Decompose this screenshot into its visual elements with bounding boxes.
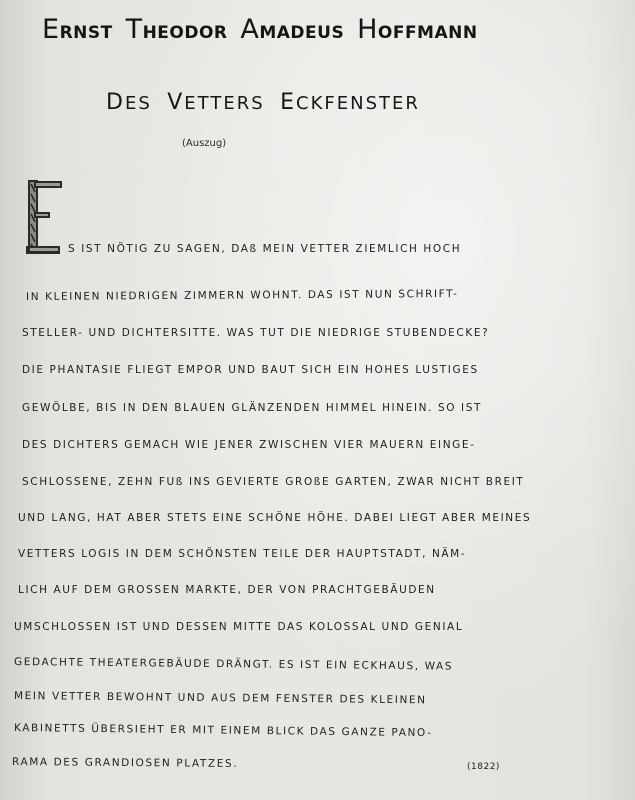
- author-initial: E: [42, 14, 60, 45]
- date-annotation: (1822): [467, 762, 500, 772]
- author-word-rest: MADEUS: [259, 23, 344, 43]
- body-line: IN KLEINEN NIEDRIGEN ZIMMERN WOHNT. DAS …: [26, 288, 459, 303]
- author-word-rest: OFFMANN: [378, 23, 478, 43]
- author-word: THEODOR: [126, 23, 228, 43]
- author-word-rest: RNST: [60, 23, 113, 43]
- body-line: S IST NÖTIG ZU SAGEN, DAß MEIN VETTER ZI…: [68, 243, 461, 255]
- title-initial: D: [106, 90, 125, 115]
- subtitle: (Auszug): [182, 138, 226, 149]
- author-initial: A: [240, 14, 259, 45]
- body-line: DIE PHANTASIE FLIEGT EMPOR UND BAUT SICH…: [22, 364, 479, 376]
- body-line: SCHLOSSENE, ZEHN FUß INS GEVIERTE GROßE …: [22, 476, 524, 488]
- body-line: RAMA DES GRANDIOSEN PLATZES.: [12, 756, 238, 770]
- body-line: GEWÖLBE, BIS IN DEN BLAUEN GLÄNZENDEN HI…: [22, 402, 482, 414]
- manuscript-page: ERNST THEODOR AMADEUS HOFFMANN DES VETTE…: [0, 0, 635, 800]
- author-word: AMADEUS: [240, 23, 344, 43]
- body-line: GEDACHTE THEATERGEBÄUDE DRÄNGT. ES IST E…: [14, 656, 453, 673]
- body-line: VETTERS LOGIS IN DEM SCHÖNSTEN TEILE DER…: [18, 548, 466, 560]
- body-line: UMSCHLOSSEN IST UND DESSEN MITTE DAS KOL…: [14, 621, 463, 633]
- document-title: DES VETTERS ECKFENSTER: [106, 90, 420, 115]
- body-line: KABINETTS ÜBERSIEHT ER MIT EINEM BLICK D…: [14, 722, 433, 739]
- author-heading: ERNST THEODOR AMADEUS HOFFMANN: [42, 14, 478, 45]
- body-line: UND LANG, HAT ABER STETS EINE SCHÖNE HÖH…: [18, 512, 531, 524]
- body-line: DES DICHTERS GEMACH WIE JENER ZWISCHEN V…: [22, 439, 476, 451]
- title-initial: V: [167, 90, 184, 115]
- body-line: LICH AUF DEM GROSSEN MARKTE, DER VON PRA…: [18, 584, 436, 596]
- decorated-initial-e-icon: [24, 178, 66, 256]
- body-line: STELLER- UND DICHTERSITTE. WAS TUT DIE N…: [22, 327, 489, 339]
- title-word-rest: ES: [125, 93, 152, 114]
- author-word: ERNST: [42, 23, 113, 43]
- author-initial: H: [357, 14, 378, 45]
- title-word-rest: CKFENSTER: [296, 93, 420, 114]
- body-line: MEIN VETTER BEWOHNT UND AUS DEM FENSTER …: [14, 690, 427, 706]
- author-initial: T: [126, 14, 143, 45]
- author-word: HOFFMANN: [357, 23, 478, 43]
- title-initial: E: [280, 90, 296, 115]
- author-word-rest: HEODOR: [143, 23, 228, 43]
- title-word-rest: ETTERS: [184, 93, 264, 114]
